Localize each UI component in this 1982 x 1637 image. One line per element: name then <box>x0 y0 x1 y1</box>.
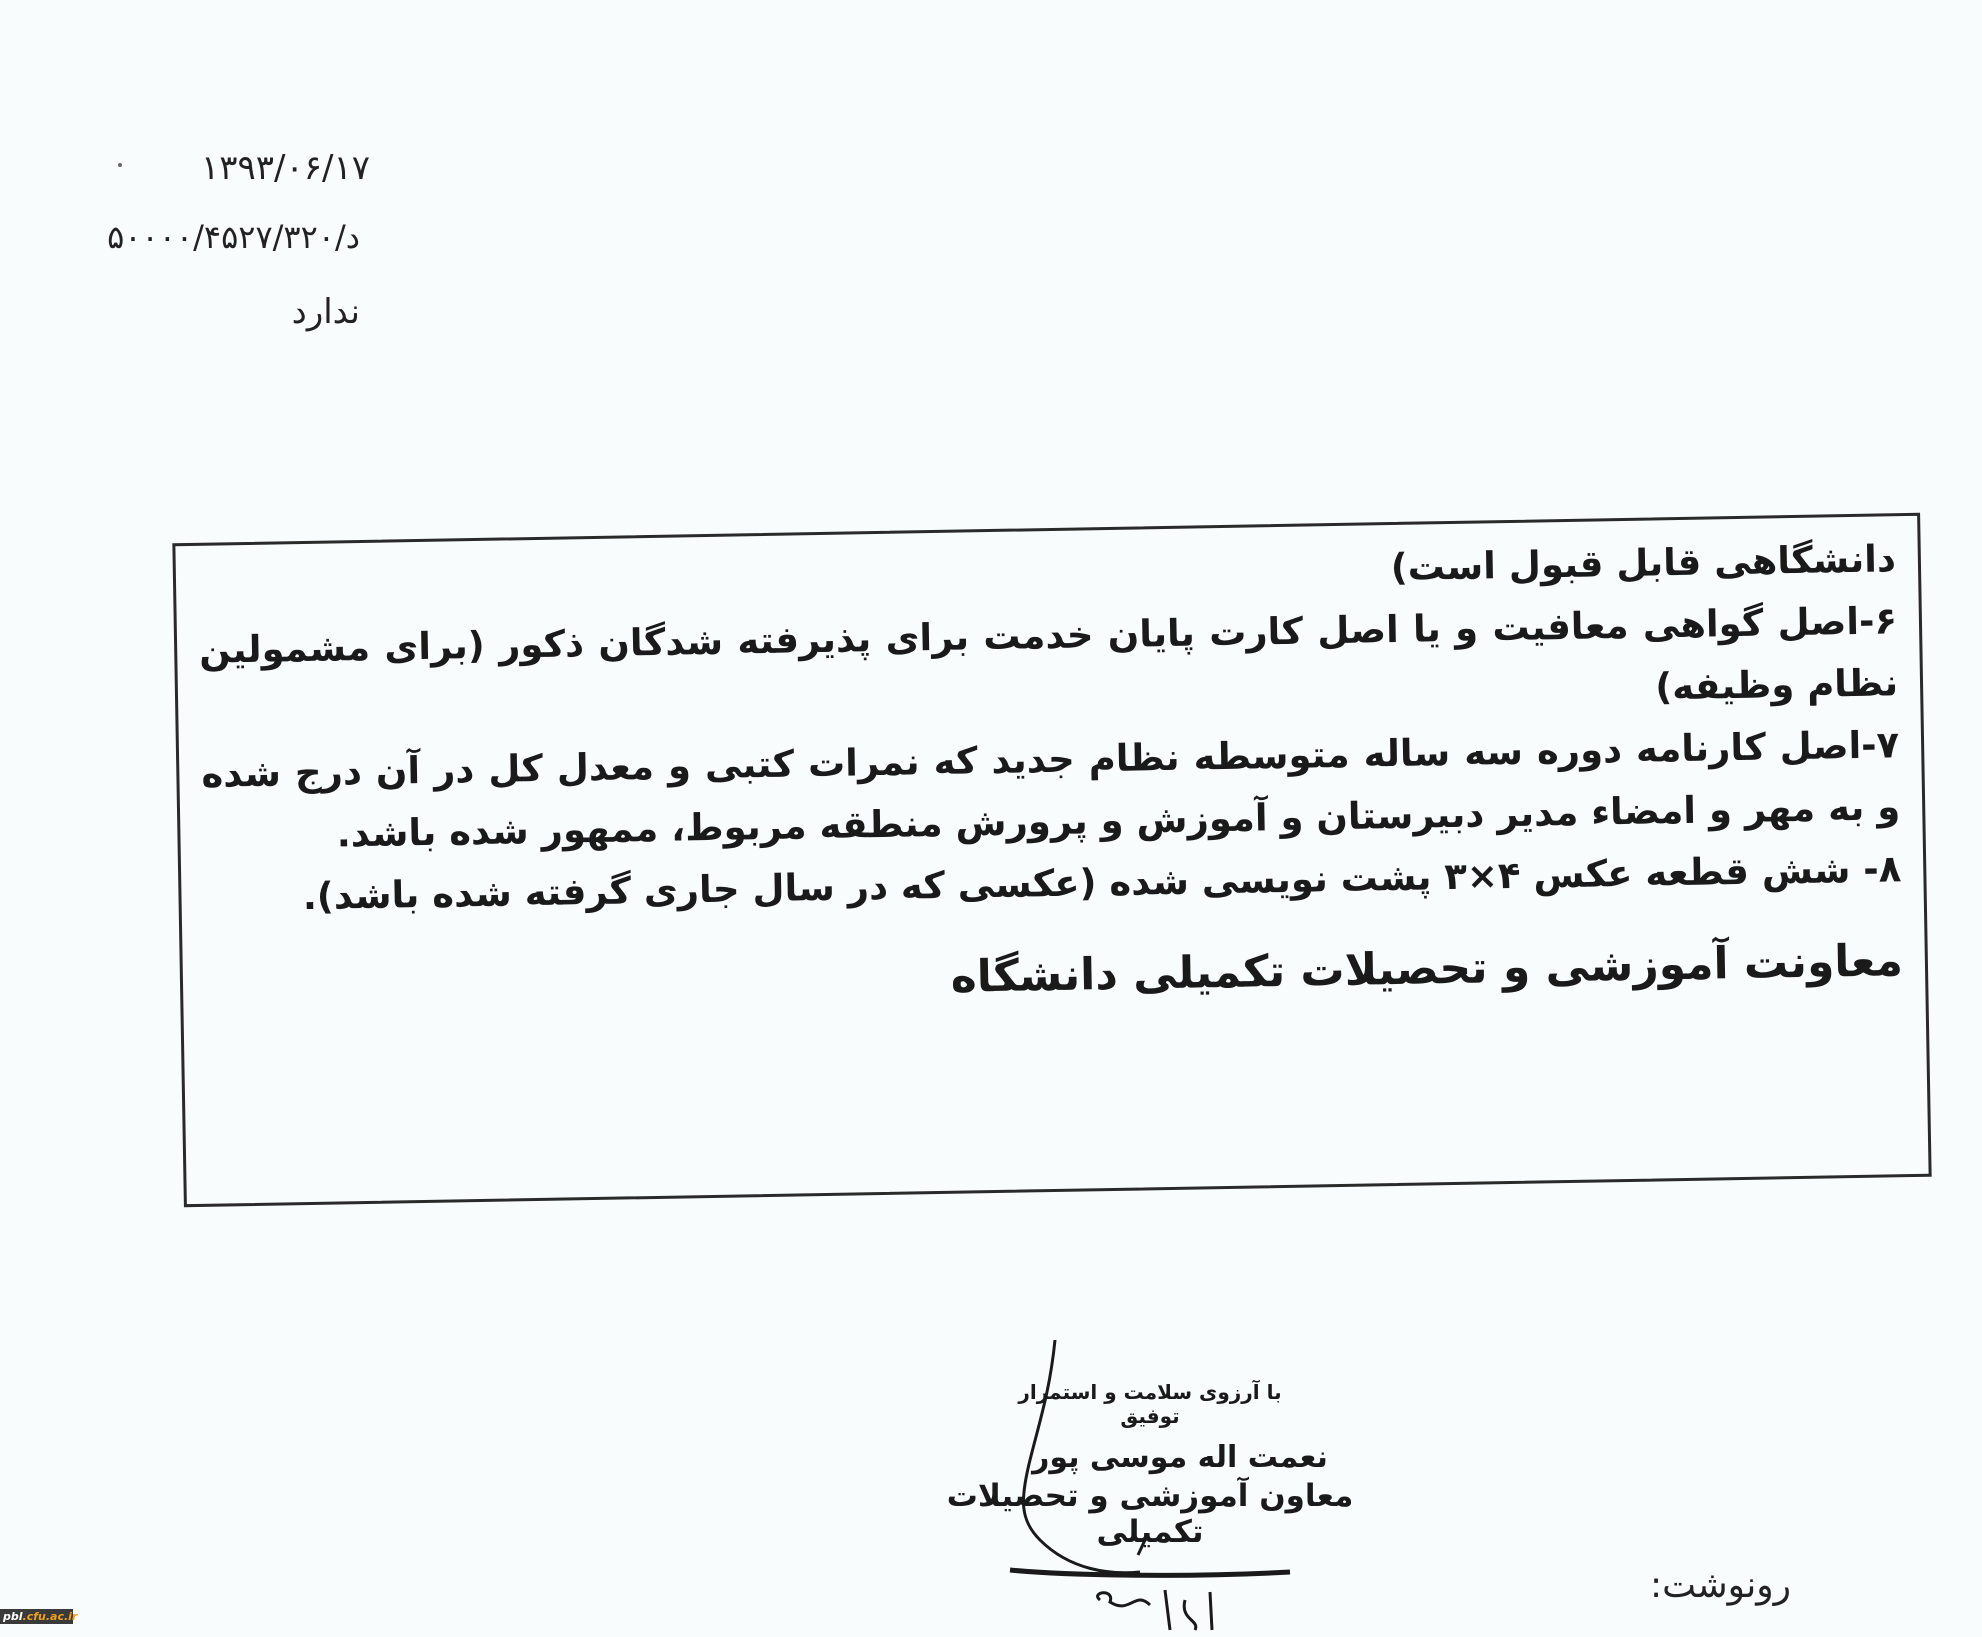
closing-wish: با آرزوی سلامت و استمرار توفیق <box>1000 1380 1300 1428</box>
requirements-box: دانشگاهی قابل قبول است) ۶-اصل گواهی معاف… <box>172 513 1931 1207</box>
signatory-title: معاون آموزشی و تحصیلات تکمیلی <box>930 1478 1370 1550</box>
box-closing-signature: معاونت آموزشی و تحصیلات تکمیلی دانشگاه <box>205 926 1904 1026</box>
cc-label: رونوشت: <box>1650 1565 1791 1606</box>
letter-date: ۱۳۹۳/۰۶/۱۷ <box>170 148 370 188</box>
site-watermark: pbl.cfu.ac.ir <box>0 1609 73 1624</box>
letter-number: د/۵۰۰۰۰/۴۵۲۷/۳۲۰ <box>40 218 360 256</box>
speck <box>118 163 122 167</box>
letter-attachment: ندارد <box>200 292 360 332</box>
signatory-name: نعمت اله موسی پور <box>1020 1440 1340 1475</box>
